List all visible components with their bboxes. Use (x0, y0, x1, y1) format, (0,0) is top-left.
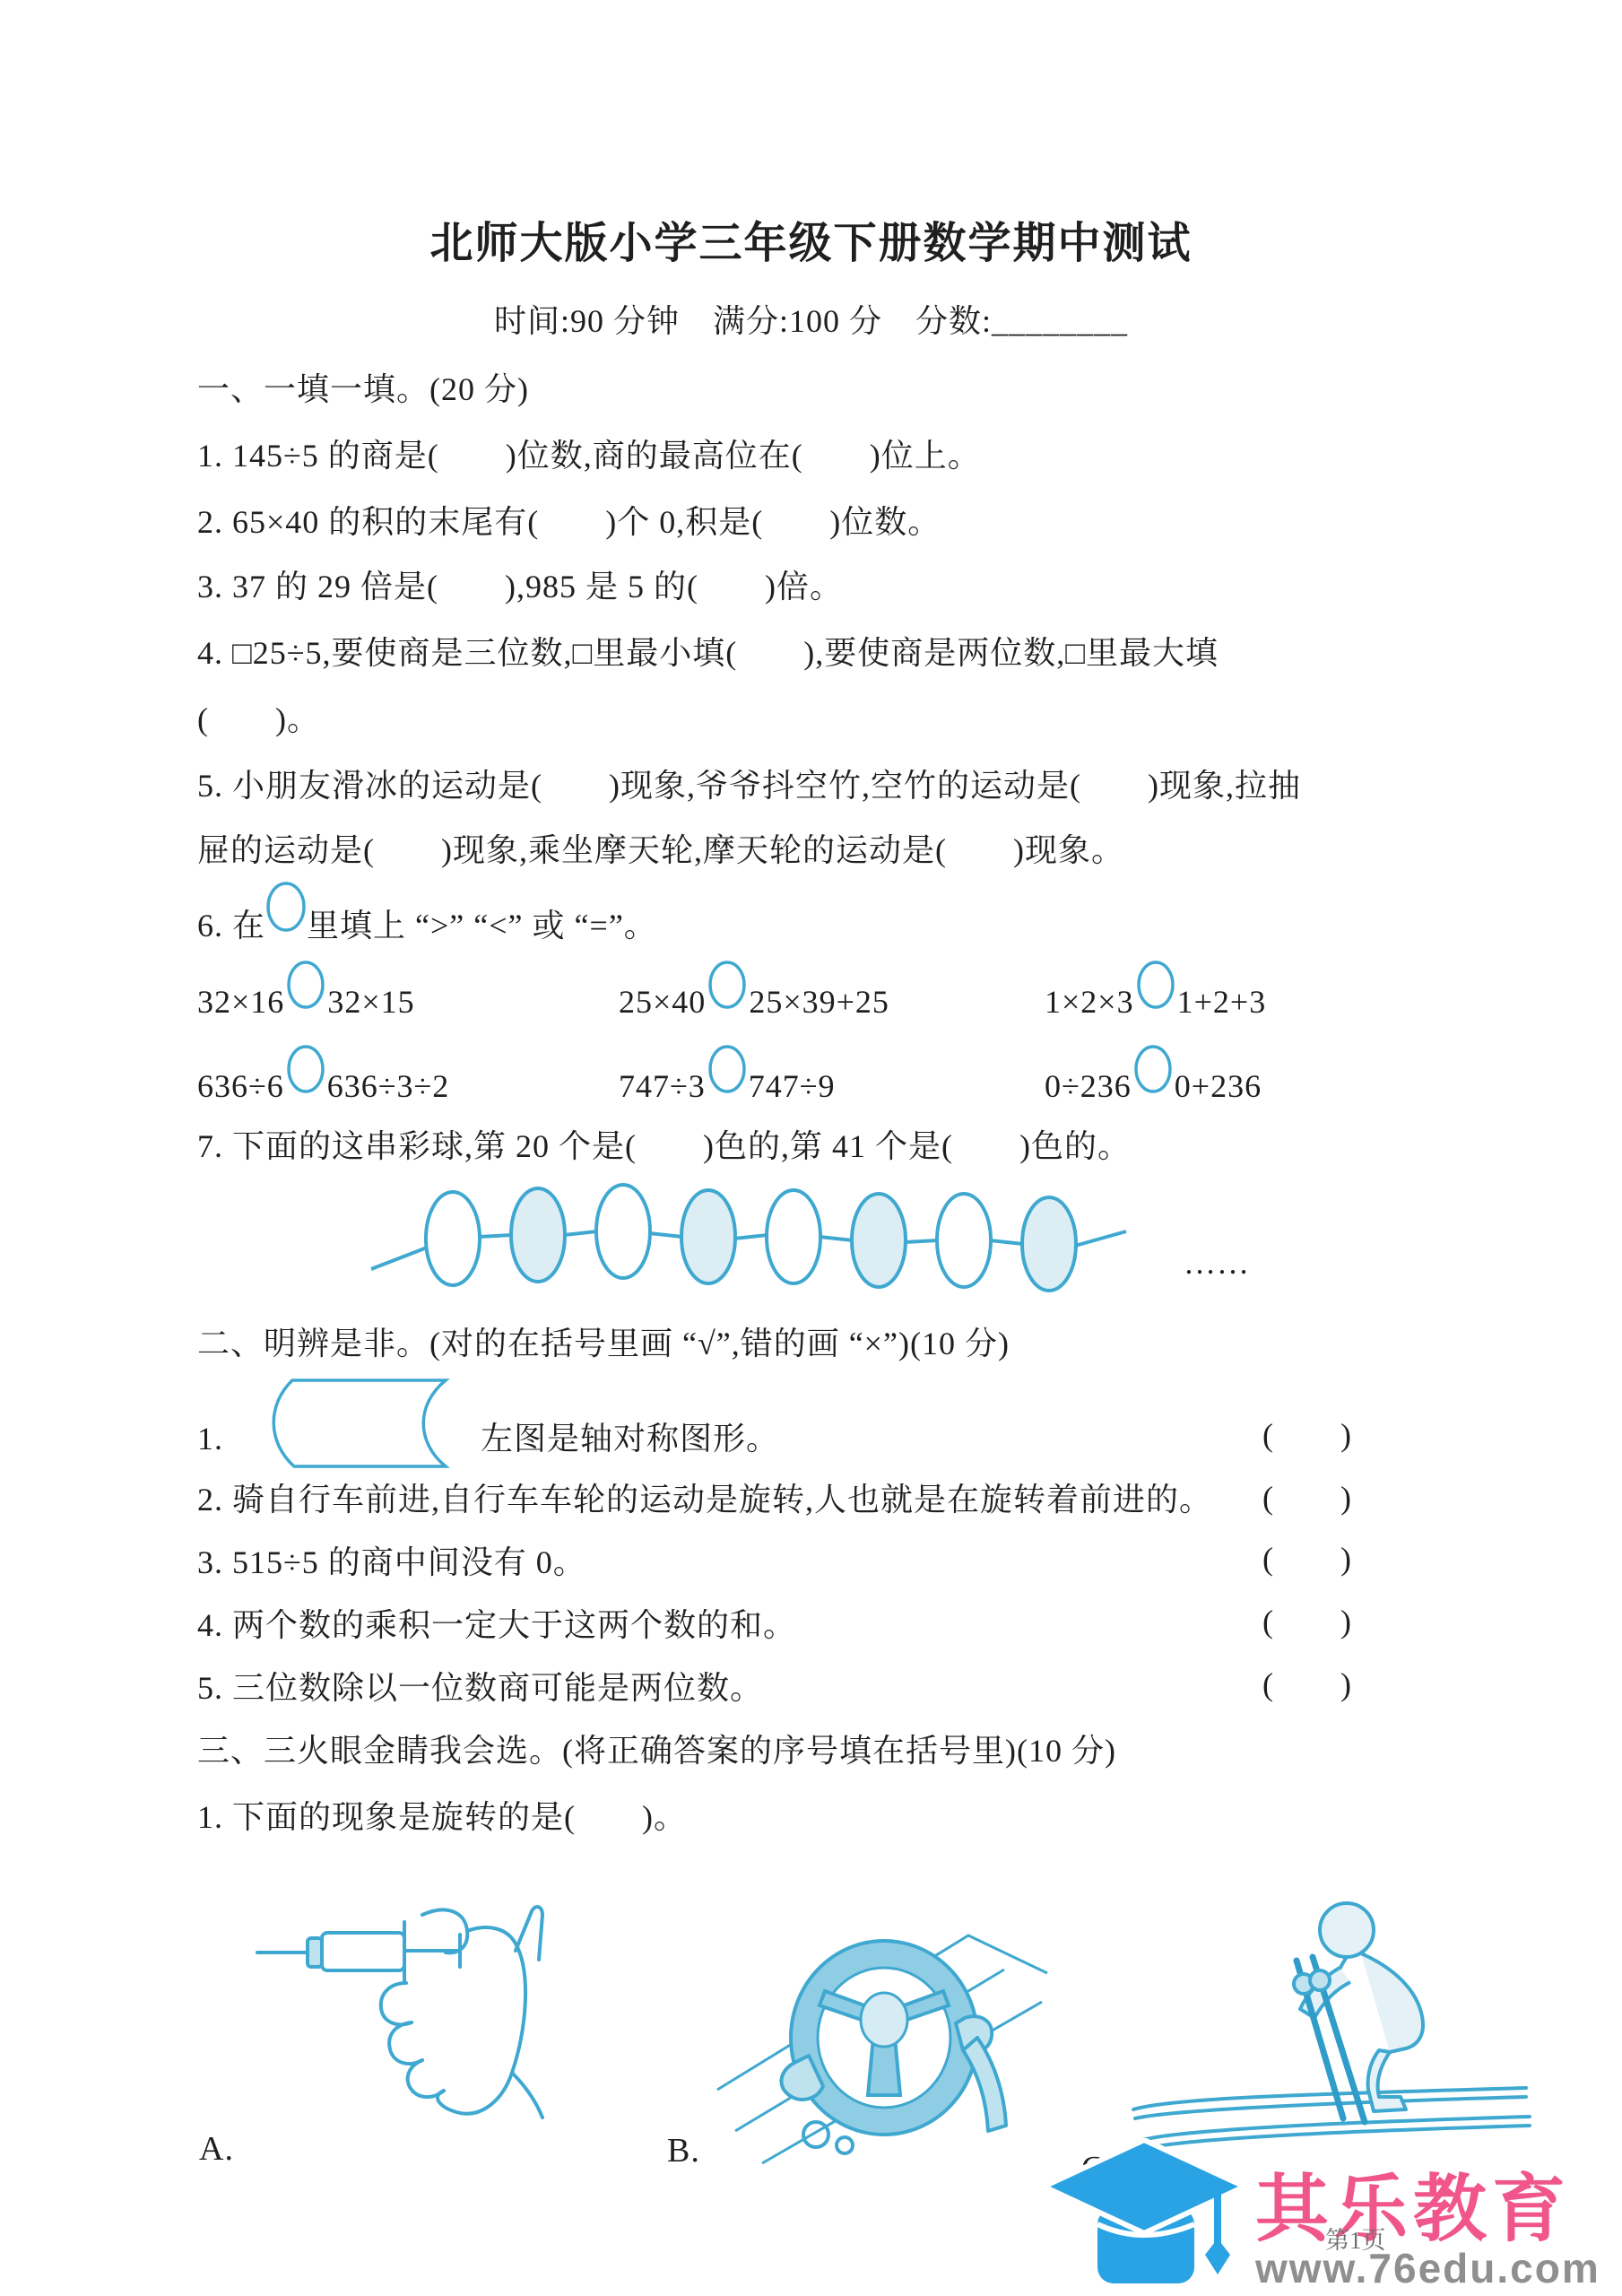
compare-circle-icon (1136, 960, 1175, 1022)
s2-question-2: 2. 骑自行车前进,自行车车轮的运动是旋转,人也就是在旋转着前进的。 (197, 1476, 1212, 1523)
comparison-item: 32×16 32×15 (197, 970, 415, 1033)
q6-suffix: 里填上 “>” “<” 或 “=”。 (307, 902, 657, 949)
comparison-right: 25×39+25 (749, 978, 889, 1025)
exam-page: 北师大版小学三年级下册数学期中测试 时间:90 分钟 满分:100 分 分数:_… (0, 0, 1622, 2296)
page-title: 北师大版小学三年级下册数学期中测试 (0, 208, 1622, 270)
bead-ellipsis: …… (1184, 1239, 1250, 1286)
comparison-left: 32×16 (197, 978, 284, 1025)
comparison-item: 0÷236 0+236 (1045, 1055, 1262, 1118)
comparison-left: 0÷236 (1045, 1063, 1132, 1109)
s2-question-1-text: 左图是轴对称图形。 (481, 1415, 779, 1462)
syringe-hand-illustration (247, 1897, 587, 2152)
comparison-left: 1×2×3 (1045, 978, 1134, 1025)
s2-question-1-number: 1. (197, 1415, 223, 1462)
comparison-right: 747÷9 (749, 1063, 836, 1109)
s1-question-3: 3. 37 的 29 倍是( ),985 是 5 的( )倍。 (197, 563, 843, 610)
comparison-left: 636÷6 (197, 1063, 284, 1109)
s2-question-3: 3. 515÷5 的商中间没有 0。 (197, 1539, 586, 1586)
s1-question-4-line1: 4. □25÷5,要使商是三位数,□里最小填( ),要使商是两位数,□里最大填 (197, 630, 1219, 676)
bead-string-illustration (359, 1179, 1166, 1302)
graduation-cap-icon (1042, 2138, 1246, 2296)
s2-question-4: 4. 两个数的乘积一定大于这两个数的和。 (197, 1602, 796, 1648)
s1-question-1: 1. 145÷5 的商是( )位数,商的最高位在( )位上。 (197, 432, 981, 479)
comparison-left: 747÷3 (619, 1063, 706, 1109)
section3-header: 三、三火眼金睛我会选。(将正确答案的序号填在括号里)(10 分) (197, 1727, 1116, 1774)
s1-question-2: 2. 65×40 的积的末尾有( )个 0,积是( )位数。 (197, 499, 941, 545)
exam-meta-line: 时间:90 分钟 满分:100 分 分数:________ (0, 296, 1622, 342)
comparison-item: 1×2×3 1+2+3 (1045, 970, 1266, 1033)
compare-circle-icon (1133, 1044, 1173, 1107)
fill-circle-icon (265, 881, 307, 945)
answer-bracket: ( ) (1262, 1412, 1352, 1458)
section2-header: 二、明辨是非。(对的在括号里画 “√”,错的画 “×”)(10 分) (197, 1320, 1010, 1367)
brand-name: 其乐教育 (1255, 2151, 1571, 2256)
s1-question-7: 7. 下面的这串彩球,第 20 个是( )色的,第 41 个是( )色的。 (197, 1123, 1131, 1170)
s1-question-5-line2: 屉的运动是( )现象,乘坐摩天轮,摩天轮的运动是( )现象。 (197, 827, 1124, 874)
answer-bracket: ( ) (1262, 1535, 1352, 1582)
q6-prefix: 6. 在 (197, 902, 265, 949)
s3-question-1: 1. 下面的现象是旋转的是( )。 (197, 1794, 687, 1840)
s1-question-5-line1: 5. 小朋友滑冰的运动是( )现象,爷爷抖空竹,空竹的运动是( )现象,拉抽 (197, 762, 1301, 809)
answer-bracket: ( ) (1262, 1474, 1352, 1521)
comparison-right: 1+2+3 (1177, 978, 1267, 1025)
comparison-item: 747÷3 747÷9 (619, 1055, 836, 1118)
answer-bracket: ( ) (1262, 1598, 1352, 1645)
s2-question-5: 5. 三位数除以一位数商可能是两位数。 (197, 1665, 763, 1711)
brand-url: www.76edu.com (1255, 2244, 1600, 2292)
compare-circle-icon (707, 1044, 747, 1107)
comparison-left: 25×40 (619, 978, 706, 1025)
comparison-item: 636÷6 636÷3÷2 (197, 1055, 449, 1118)
s1-question-4-line2: ( )。 (197, 696, 320, 743)
comparison-right: 636÷3÷2 (327, 1063, 450, 1109)
compare-circle-icon (286, 960, 325, 1022)
section1-header: 一、一填一填。(20 分) (197, 366, 529, 413)
option-b-label: B. (667, 2127, 700, 2174)
s1-question-6: 6. 在 里填上 “>” “<” 或 “=”。 (197, 893, 657, 958)
steering-wheel-illustration (708, 1919, 1049, 2175)
compare-circle-icon (286, 1044, 325, 1107)
compare-circle-icon (707, 960, 747, 1022)
comparison-right: 0+236 (1175, 1063, 1262, 1109)
comparison-right: 32×15 (327, 978, 414, 1025)
axis-symmetry-shape (262, 1374, 473, 1477)
answer-bracket: ( ) (1262, 1661, 1352, 1708)
comparison-item: 25×40 25×39+25 (619, 970, 889, 1033)
option-a-label: A. (199, 2126, 234, 2172)
